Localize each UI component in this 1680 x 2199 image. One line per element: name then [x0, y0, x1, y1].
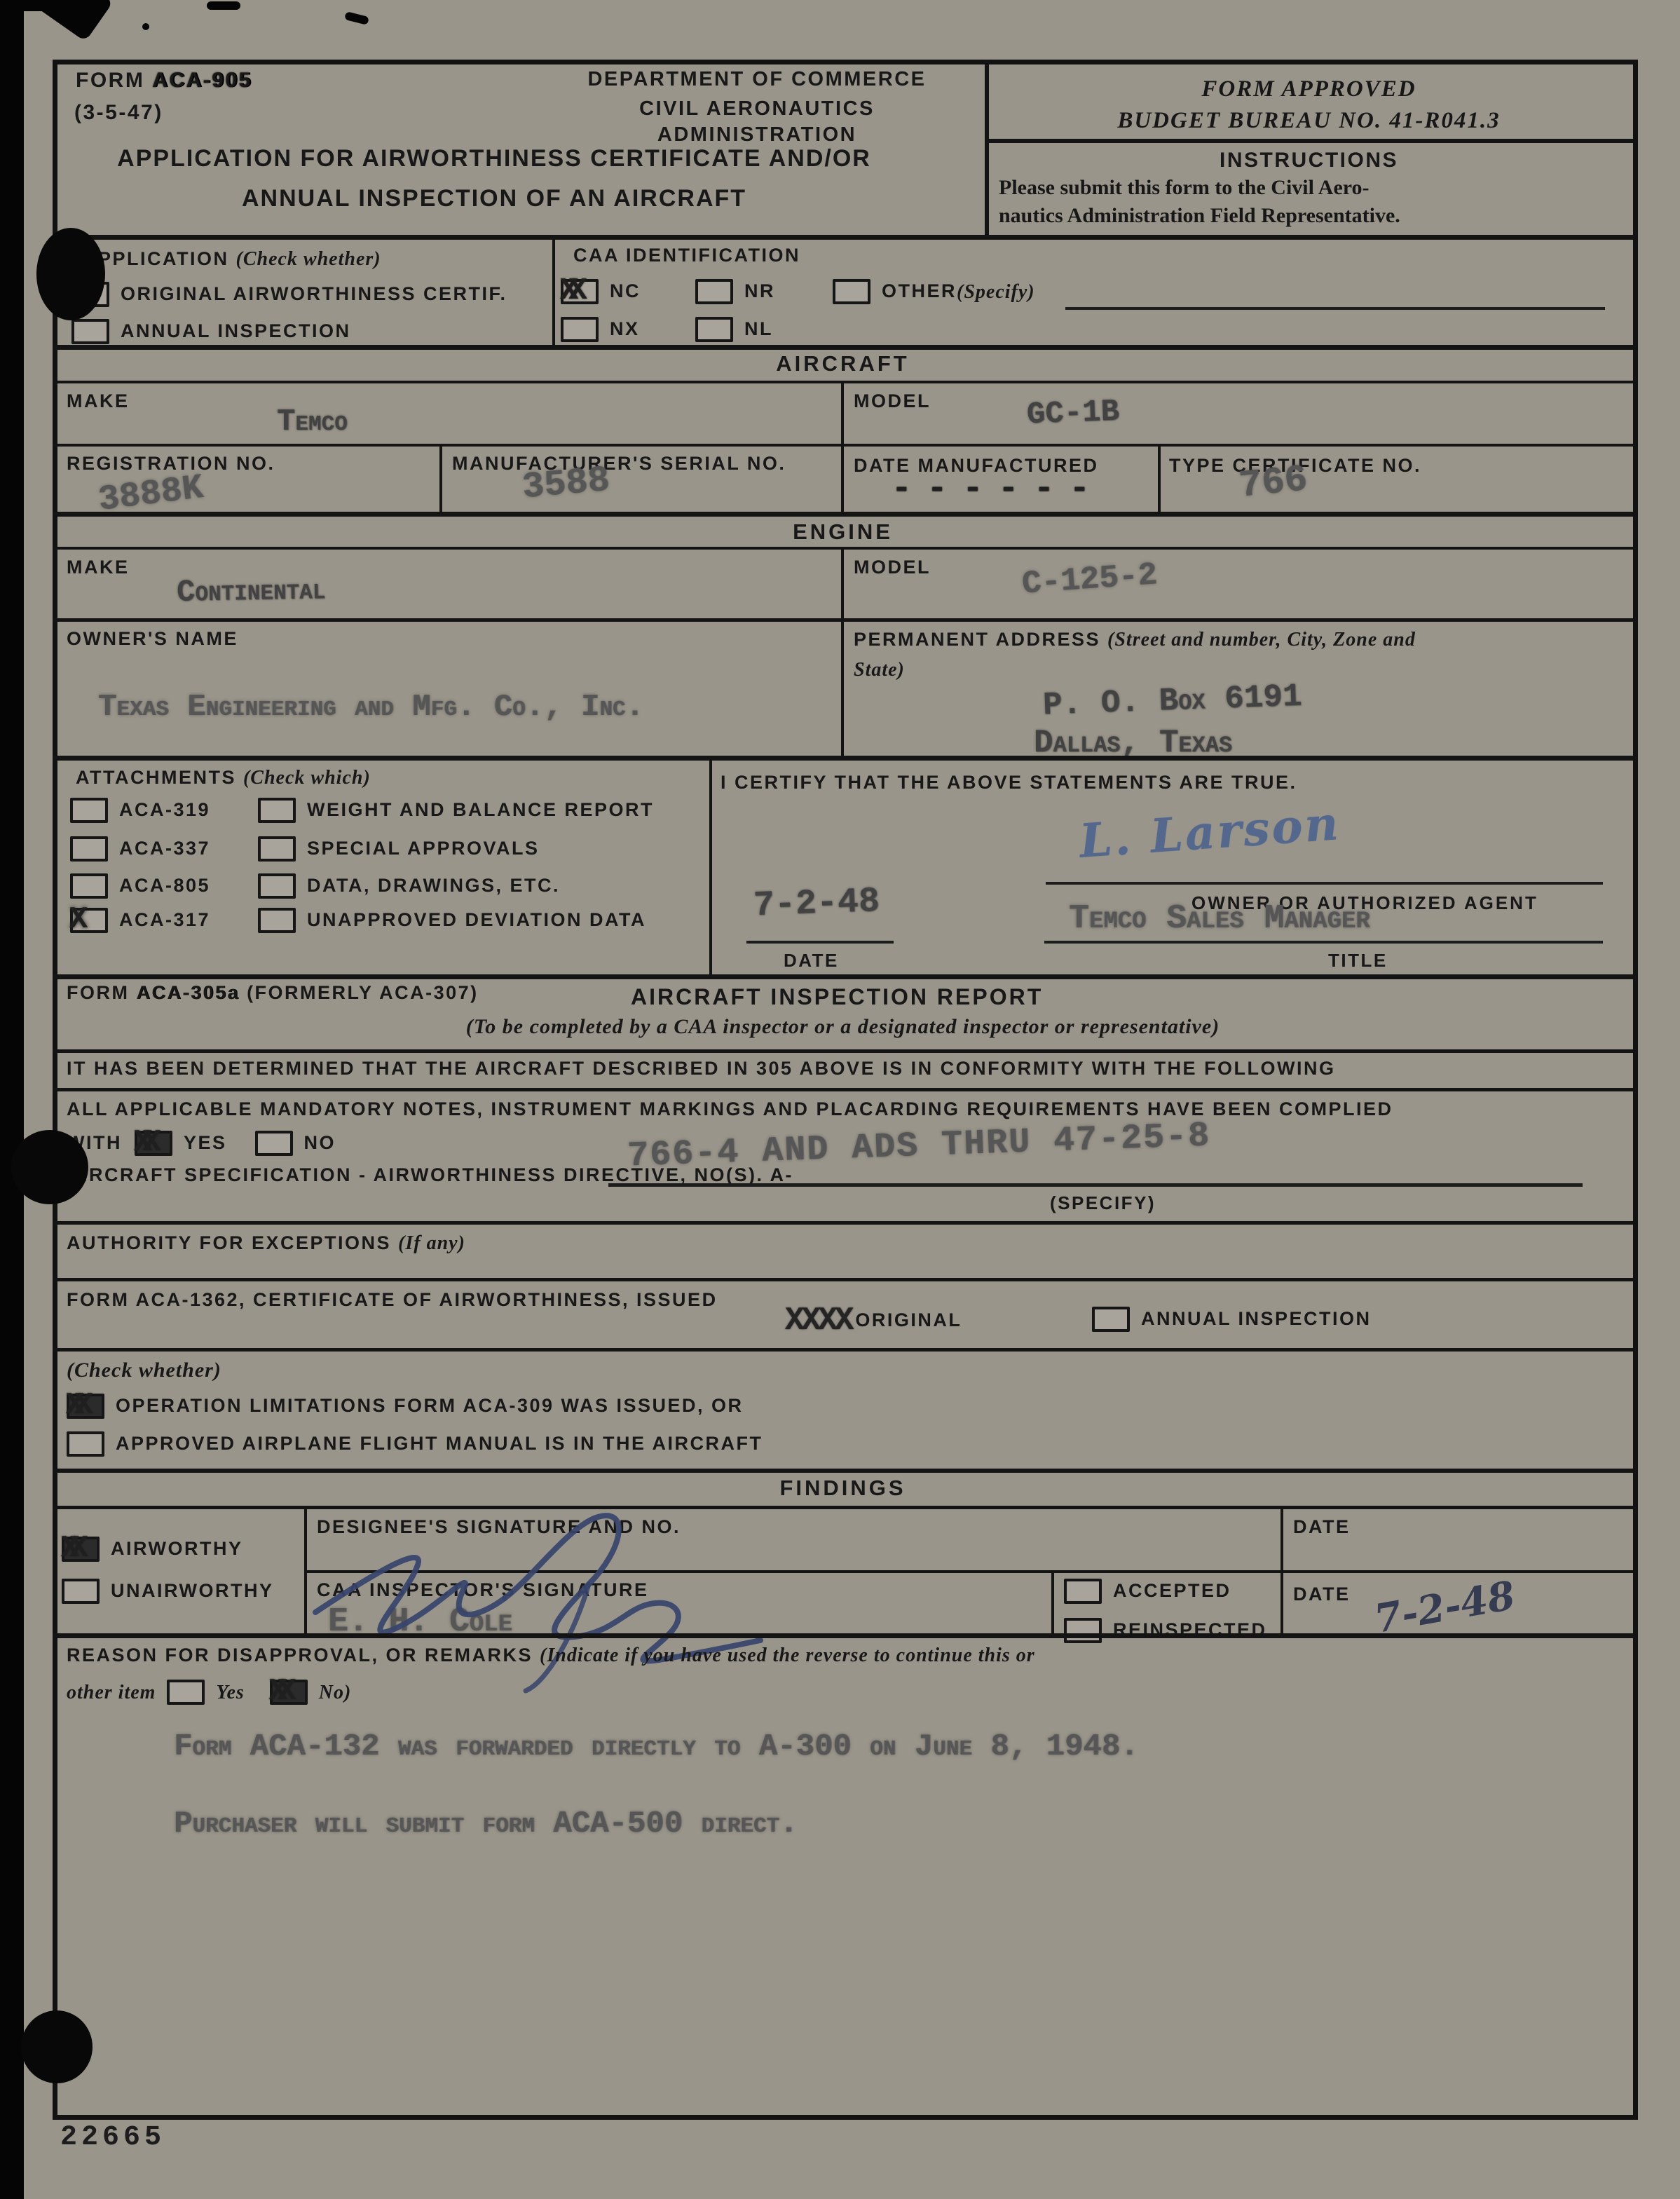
permanent-address-label: PERMANENT ADDRESS (Street and number, Ci… [854, 627, 1611, 652]
aca317-label: ACA-317 [119, 908, 210, 932]
compliance-yes-mark: XX [134, 1125, 151, 1160]
divider-aircraft-row [53, 444, 1633, 447]
engine-make-value: Continental [177, 573, 326, 610]
engine-model-label: MODEL [854, 556, 931, 580]
exceptions-label: AUTHORITY FOR EXCEPTIONS (If any) [67, 1231, 465, 1255]
form-approved-line2: BUDGET BUREAU NO. 41-R041.3 [999, 106, 1619, 136]
attachments-label-italic: (Check which) [243, 767, 371, 789]
page-title-line1: APPLICATION FOR AIRWORTHINESS CERTIFICAT… [105, 144, 883, 174]
certify-statement: I CERTIFY THAT THE ABOVE STATEMENTS ARE … [721, 771, 1297, 795]
unapproved-deviation-label: UNAPPROVED DEVIATION DATA [307, 908, 646, 932]
instructions-title: INSTRUCTIONS [999, 147, 1619, 174]
aca1362-label: FORM ACA-1362, CERTIFICATE OF AIRWORTHIN… [67, 1288, 718, 1312]
owner-signature-line [1046, 882, 1603, 885]
divider-aircraft-bottom [53, 512, 1633, 517]
flight-manual-checkbox [67, 1431, 104, 1457]
nx-checkbox [561, 317, 599, 342]
operation-limitations-option: XX OPERATION LIMITATIONS FORM ACA-309 WA… [67, 1394, 744, 1419]
check-whether-label: (Check whether) [67, 1357, 221, 1384]
caa-option-nr: NR [695, 279, 775, 304]
permanent-address-italic2: State) [854, 658, 905, 682]
divider-findings-bottom [53, 1633, 1633, 1638]
compliance-no-label: NO [304, 1131, 336, 1155]
divider-findings-accepted [1051, 1570, 1054, 1633]
divider-spec [53, 1221, 1633, 1225]
nc-label: NC [610, 280, 641, 304]
instructions-line1: Please submit this form to the Civil Aer… [999, 174, 1370, 201]
scan-corner-wedge [34, 0, 114, 41]
operation-limitations-checkbox: XX [67, 1394, 104, 1419]
compliance-yes-checkbox: XX [135, 1131, 172, 1156]
divider-exceptions [53, 1278, 1633, 1281]
permanent-address-italic1: (Street and number, City, Zone and [1107, 629, 1416, 651]
remarks-yes-label: Yes [216, 1680, 244, 1705]
permanent-address-label-text: PERMANENT ADDRESS [854, 629, 1107, 650]
attachment-data-drawings: DATA, DRAWINGS, ETC. [258, 873, 560, 899]
scan-edge-left [0, 0, 24, 2199]
attachment-aca317: X ACA-317 [70, 908, 210, 933]
application-label: APPLICATION (Check whether) [83, 247, 381, 271]
divider-conformity [53, 1088, 1633, 1091]
reinspected-label: REINSPECTED [1113, 1619, 1267, 1642]
certify-date-line [746, 941, 894, 944]
application-option-annual: ANNUAL INSPECTION [71, 319, 351, 344]
divider-owner-bottom [53, 756, 1633, 761]
accepted-option: ACCEPTED [1064, 1579, 1231, 1604]
divider-reg-serial [439, 444, 442, 514]
remarks-no-mark: XX [269, 1674, 287, 1709]
type-certificate-value: 766 [1237, 459, 1309, 508]
divider-aca1362 [53, 1348, 1633, 1352]
form-number: FORM ACA-905 [76, 67, 252, 94]
aircraft-model-label: MODEL [854, 390, 931, 414]
attachment-special-approvals: SPECIAL APPROVALS [258, 836, 540, 862]
aca805-checkbox [70, 873, 108, 899]
serial-label: MANUFACTURER'S SERIAL NO. [452, 452, 786, 476]
instructions-line2: nautics Administration Field Representat… [999, 202, 1400, 229]
remarks-yes-checkbox [167, 1680, 205, 1705]
attachment-aca805: ACA-805 [70, 873, 210, 899]
unairworthy-checkbox [62, 1579, 100, 1604]
engine-section-title: ENGINE [53, 519, 1633, 546]
inspection-subtitle: (To be completed by a CAA inspector or a… [53, 1014, 1633, 1040]
special-approvals-label: SPECIAL APPROVALS [307, 837, 540, 861]
flight-manual-label: APPROVED AIRPLANE FLIGHT MANUAL IS IN TH… [116, 1432, 763, 1456]
certify-title-value: Temco Sales Manager [1069, 901, 1370, 938]
application-label-italic: (Check whether) [236, 248, 381, 270]
unairworthy-label: UNAIRWORTHY [111, 1579, 274, 1603]
nr-checkbox [695, 279, 733, 304]
divider-application-bottom [53, 345, 1633, 350]
nc-checkbox: XX [561, 279, 599, 304]
aca805-label: ACA-805 [119, 874, 210, 898]
annual-inspection-label: ANNUAL INSPECTION [121, 320, 351, 343]
findings-date-label: DATE [1293, 1583, 1351, 1607]
reinspected-checkbox [1064, 1618, 1102, 1643]
date-manufactured-value: ------ [892, 471, 1105, 508]
divider-attachments-certify [709, 756, 712, 974]
airworthy-mark: XX [61, 1531, 78, 1566]
remarks-typed-line2: Purchaser will submit form ACA-500 direc… [174, 1807, 798, 1841]
owner-name-value: Texas Engineering and Mfg. Co., Inc. [98, 690, 644, 724]
remarks-no-checkbox: XX [270, 1680, 308, 1705]
aca1362-original-label: ORIGINAL [855, 1309, 962, 1333]
divider-engine-make-model [841, 547, 844, 757]
caa-option-nl: NL [695, 317, 773, 342]
divider-application-caa [552, 235, 555, 345]
form-approved-box: FORM APPROVED BUDGET BUREAU NO. 41-R041.… [999, 74, 1619, 136]
aca319-label: ACA-319 [119, 798, 210, 822]
exceptions-label-text: AUTHORITY FOR EXCEPTIONS [67, 1232, 398, 1253]
nr-label: NR [744, 280, 775, 304]
spec-directive-line [608, 1183, 1583, 1187]
compliance-no-checkbox [255, 1131, 293, 1156]
data-drawings-checkbox [258, 873, 296, 899]
nl-checkbox [695, 317, 733, 342]
attachment-aca337: ACA-337 [70, 836, 210, 862]
certify-title-label: TITLE [1328, 949, 1388, 972]
aircraft-model-value: GC-1B [1026, 395, 1120, 433]
accepted-label: ACCEPTED [1113, 1579, 1231, 1603]
divider-header-right [985, 60, 989, 235]
remarks-label-italic1: (Indicate if you have used the reverse t… [540, 1645, 1035, 1666]
operation-limitations-mark: XX [66, 1388, 83, 1423]
form-approved-line1: FORM APPROVED [999, 74, 1619, 104]
certify-date-label: DATE [784, 949, 839, 972]
caa-identification-label: CAA IDENTIFICATION [573, 244, 800, 268]
divider-make-model [841, 381, 844, 514]
weight-balance-label: WEIGHT AND BALANCE REPORT [307, 798, 654, 822]
divider-approved-instructions [985, 139, 1633, 143]
caa-option-nx: NX [561, 317, 640, 342]
department-line1: DEPARTMENT OF COMMERCE [554, 67, 960, 92]
nx-label: NX [610, 318, 640, 341]
compliance-with-line: WITH XX YES NO [67, 1131, 336, 1156]
divider-engine-row [53, 618, 1633, 622]
aca319-checkbox [70, 798, 108, 823]
divider-certify-bottom [53, 974, 1633, 979]
other-specify-italic: (Specify) [957, 280, 1035, 304]
accepted-checkbox [1064, 1579, 1102, 1604]
other-label: OTHER [882, 280, 957, 304]
owner-name-label: OWNER'S NAME [67, 627, 238, 651]
punch-hole-bottom [21, 2010, 93, 2083]
aca1362-annual-label: ANNUAL INSPECTION [1141, 1307, 1372, 1331]
inspection-title: AIRCRAFT INSPECTION REPORT [631, 983, 1043, 1011]
aca317-checkbox: X [70, 908, 108, 933]
exceptions-label-italic: (If any) [398, 1232, 465, 1254]
scan-speck-2 [344, 11, 369, 25]
conformity-statement: IT HAS BEEN DETERMINED THAT THE AIRCRAFT… [67, 1057, 1336, 1081]
other-checkbox [833, 279, 870, 304]
aircraft-section-title: AIRCRAFT [53, 350, 1633, 378]
application-label-text: APPLICATION [83, 248, 236, 269]
remarks-label-line1: REASON FOR DISAPPROVAL, OR REMARKS (Indi… [67, 1643, 1035, 1668]
aircraft-make-label: MAKE [67, 390, 130, 414]
aca337-checkbox [70, 836, 108, 862]
scan-speck-1 [207, 1, 240, 10]
airworthy-checkbox: XX [62, 1537, 100, 1562]
form-revision: (3-5-47) [74, 100, 163, 126]
certify-date-value: 7-2-48 [753, 883, 880, 925]
scan-speck-3 [142, 23, 149, 30]
operation-limitations-label: OPERATION LIMITATIONS FORM ACA-309 WAS I… [116, 1394, 744, 1418]
engine-make-label: MAKE [67, 556, 130, 580]
remarks-label-line2: other item Yes XX No) [67, 1680, 351, 1705]
aca1362-original: XXXX ORIGINAL [785, 1302, 962, 1339]
weight-balance-checkbox [258, 798, 296, 823]
inspection-form-no: ACA-305a [137, 982, 247, 1003]
divider-findings-title [53, 1506, 1633, 1509]
caa-option-other: OTHER (Specify) [833, 279, 1035, 304]
remarks-typed-line1: Form ACA-132 was forwarded directly to A… [174, 1730, 1139, 1764]
findings-title: FINDINGS [53, 1475, 1633, 1502]
divider-inspection-header [53, 1049, 1633, 1053]
data-drawings-label: DATA, DRAWINGS, ETC. [307, 874, 560, 898]
special-approvals-checkbox [258, 836, 296, 862]
flight-manual-option: APPROVED AIRPLANE FLIGHT MANUAL IS IN TH… [67, 1431, 763, 1457]
department-line2: CIVIL AERONAUTICS ADMINISTRATION [554, 96, 960, 147]
inspection-formerly: (FORMERLY ACA-307) [247, 982, 479, 1003]
reinspected-option: REINSPECTED [1064, 1618, 1267, 1643]
compliance-yes-label: YES [184, 1131, 227, 1155]
attachment-unapproved-deviation: UNAPPROVED DEVIATION DATA [258, 908, 646, 933]
form-number-prefix: FORM [76, 69, 152, 92]
unapproved-deviation-checkbox [258, 908, 296, 933]
page-title: APPLICATION FOR AIRWORTHINESS CERTIFICAT… [105, 144, 883, 213]
aca1362-annual-checkbox [1092, 1307, 1130, 1332]
nc-mark: XX [560, 273, 578, 308]
remarks-other-item-italic: other item [67, 1680, 156, 1705]
airworthy-label: AIRWORTHY [111, 1537, 243, 1561]
annual-inspection-checkbox [71, 319, 109, 344]
designee-date-label: DATE [1293, 1516, 1351, 1539]
certify-title-line [1044, 941, 1603, 944]
divider-check-whether [53, 1469, 1633, 1473]
serial-value: 3588 [521, 461, 611, 508]
divider-date-typecert [1158, 444, 1161, 514]
scanned-form-page: FORM ACA-905 (3-5-47) DEPARTMENT OF COMM… [0, 0, 1680, 2199]
form-number-bold: ACA-905 [152, 69, 252, 92]
department-heading: DEPARTMENT OF COMMERCE CIVIL AERONAUTICS… [554, 67, 960, 147]
attachment-weight-balance: WEIGHT AND BALANCE REPORT [258, 798, 654, 823]
punch-hole-top [36, 228, 105, 320]
serial-stamp: 22665 [60, 2123, 165, 2153]
nl-label: NL [744, 318, 773, 341]
aca337-label: ACA-337 [119, 837, 210, 861]
punch-hole-middle [11, 1130, 88, 1204]
attachments-label-text: ATTACHMENTS [76, 767, 243, 788]
remarks-no-label: No) [319, 1680, 352, 1705]
attachment-aca319: ACA-319 [70, 798, 210, 823]
remarks-label-text: REASON FOR DISAPPROVAL, OR REMARKS [67, 1645, 540, 1666]
aca1362-original-mark: XXXX [785, 1302, 851, 1339]
airworthy-option: XX AIRWORTHY [62, 1537, 243, 1562]
aca1362-annual: ANNUAL INSPECTION [1092, 1307, 1372, 1332]
inspection-form-prefix: FORM [67, 982, 137, 1003]
other-specify-line [1065, 307, 1605, 310]
unairworthy-option: UNAIRWORTHY [62, 1579, 274, 1604]
aca317-mark: X [69, 902, 78, 937]
divider-findings-date [1281, 1506, 1283, 1633]
divider-header-bottom [53, 235, 1633, 240]
application-option-original: ORIGINAL AIRWORTHINESS CERTIF. [71, 282, 507, 307]
aircraft-make-value: Temco [277, 405, 348, 439]
caa-option-nc: XX NC [561, 279, 641, 304]
page-title-line2: ANNUAL INSPECTION OF AN AIRCRAFT [105, 184, 883, 214]
attachments-label: ATTACHMENTS (Check which) [76, 765, 371, 790]
inspection-form-number: FORM ACA-305a (FORMERLY ACA-307) [67, 981, 479, 1005]
original-airworthiness-label: ORIGINAL AIRWORTHINESS CERTIF. [121, 282, 507, 306]
specify-caption: (SPECIFY) [1050, 1192, 1156, 1215]
